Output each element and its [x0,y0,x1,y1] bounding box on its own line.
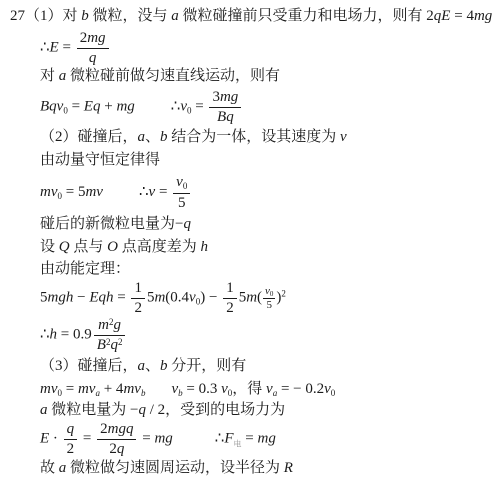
math-run: q [110,337,118,353]
math-run: 1 [134,280,142,296]
therefore-symbol: ∴ [40,39,50,55]
math-run: 1 [226,280,234,296]
solution-line-14: mv0 = mva + 4mvbvb = 0.3 v0，得 va = − 0.2… [40,380,335,399]
text-run: / 2，受到的电场力为 [146,402,285,418]
solution-line-15: a 微粒电量为 −q / 2，受到的电场力为 [40,401,285,420]
math-run: m [98,317,109,333]
fraction-numerator: 2mg [77,30,109,49]
math-run: q [67,421,75,437]
math-run: = [155,184,171,200]
math-run: Eqh [89,289,113,305]
math-run: · [49,430,62,446]
math-run: = − 0.2 [277,381,324,397]
text-run: 由动能定理： [40,261,130,277]
math-run: a [138,129,146,145]
math-run: v [266,381,273,397]
fraction-denominator: 2 [64,440,78,458]
text-run: 、 [145,358,160,374]
math-run: E [40,430,49,446]
solution-line-11: 5mgh − Eqh = 125m(0.4v0) − 125m(v05)2 [40,280,286,316]
math-run: 2 [226,300,234,316]
fraction: v05 [173,174,190,211]
math-run: mg [474,8,492,24]
math-run: 5 [178,195,186,211]
math-run: mv [123,381,141,397]
fraction-numerator: 1 [223,280,237,299]
math-run: mg [220,89,238,105]
math-run: a [40,402,48,418]
math-run: + [100,98,116,114]
fraction-denominator: B2q2 [94,336,126,354]
math-run: Eq [84,98,101,114]
fraction-denominator: Bq [209,108,241,126]
math-run: + 4 [100,381,123,397]
fraction: v05 [263,285,275,312]
math-run: Bq [217,109,234,125]
math-run: − [73,289,89,305]
fraction-numerator: v0 [173,174,190,194]
math-sub: 0 [270,290,274,298]
math-run: v [324,381,331,397]
text-run: 设 [40,239,59,255]
solution-line-5: （2）碰撞后，a、b 结合为一体，设其速度为 v [40,128,347,147]
math-run: q [117,441,125,457]
math-run: qE [434,8,451,24]
fraction: 2mgq [77,30,109,66]
math-run: R [284,460,293,476]
math-run: = [68,98,84,114]
fraction-denominator: 5 [263,299,275,311]
math-run: = [138,430,154,446]
fraction-numerator: m2g [94,317,126,336]
math-sub: b [141,388,146,398]
math-run: 5 [266,299,272,311]
text-run: 微粒电量为 [48,402,131,418]
math-run: = [113,289,129,305]
text-run: 对 [40,68,59,84]
math-run: 3 [212,89,220,105]
math-run: mgh [48,289,74,305]
therefore-symbol: ∴ [171,98,181,114]
math-run: v [221,381,228,397]
math-run: = [62,184,78,200]
solution-line-10: 由动能定理： [40,260,130,279]
math-run: mv [40,184,58,200]
fraction: 2mgq2q [97,421,136,457]
solution-line-9: 设 Q 点与 O 点高度差为 h [40,238,208,257]
math-run: mg [257,430,275,446]
solution-line-16: E · q2 = 2mgq2q = mg∴F电 = mg [40,421,276,457]
math-run: mv [40,381,58,397]
solution-line-1: 27（1）对 b 微粒，没与 a 微粒碰撞前只受重力和电场力，则有 2qE = … [10,7,492,26]
math-run: mgq [108,421,134,437]
text-run: 结合为一体，设其速度为 [168,129,341,145]
fraction: q2 [64,421,78,457]
text-run: 故 [40,460,59,476]
math-run: F [224,430,233,446]
math-run: 0.9 [73,326,92,342]
fraction: 12 [223,280,237,316]
math-run: h [200,239,208,255]
math-run: = [450,8,466,24]
math-run: 2 [134,300,142,316]
solution-line-2: ∴E = 2mgq [40,30,111,66]
math-run: 2 [426,8,434,24]
math-run: = [79,430,95,446]
math-run: mg [87,30,105,46]
text-run: 27（1）对 [10,8,81,24]
solution-line-13: （3）碰撞后，a、b 分开，则有 [40,357,246,376]
math-run: b [160,129,168,145]
math-run: Q [59,239,70,255]
therefore-symbol: ∴ [40,326,50,342]
text-run: 微粒，没与 [89,8,172,24]
math-run: mv [85,184,103,200]
fraction-denominator: 5 [173,194,190,212]
math-run: ( [257,289,262,305]
math-run: v [180,98,187,114]
text-run: 碰后的新微粒电量为 [40,216,175,232]
fraction: 12 [131,280,145,316]
math-run: 5 [40,289,48,305]
fraction-denominator: 2q [97,440,136,458]
math-run: E [50,39,59,55]
math-run: 4 [466,8,474,24]
text-run: 点高度差为 [118,239,201,255]
fraction-numerator: 2mgq [97,421,136,440]
math-run: a [171,8,179,24]
text-run: 分开，则有 [168,358,247,374]
solution-line-3: 对 a 微粒碰前做匀速直线运动，则有 [40,67,280,86]
math-sup: 2 [118,337,123,347]
math-run: 2 [67,441,75,457]
therefore-symbol: ∴ [139,184,149,200]
math-run: B [97,337,106,353]
math-run: mv [78,381,96,397]
fraction-numerator: v0 [263,285,275,300]
text-run: ，得 [232,381,266,397]
math-run: mg [116,98,134,114]
math-sub: 0 [183,181,188,191]
math-run: b [81,8,89,24]
text-run: 由动量守恒定律得 [40,152,160,168]
math-run: = [57,326,73,342]
math-run: v [189,289,196,305]
math-run: h [50,326,58,342]
math-run: = [242,430,258,446]
math-run: b [160,358,168,374]
math-run: Bqv [40,98,63,114]
math-run: q [89,50,97,66]
math-run: m [154,289,165,305]
text-run: 、 [145,129,160,145]
math-run: 2 [100,421,108,437]
solution-line-6: 由动量守恒定律得 [40,151,160,170]
solution-line-17: 故 a 微粒做匀速圆周运动，设半径为 R [40,459,293,478]
math-run: v [176,174,183,190]
math-run: = [192,98,208,114]
solution-line-7: mv0 = 5mv∴v = v05 [40,174,192,211]
math-run: q [138,402,146,418]
math-run: = 0.3 [183,381,221,397]
math-run: 2 [109,441,117,457]
fraction-numerator: 1 [131,280,145,299]
math-run: ) − [200,289,221,305]
math-run: O [107,239,118,255]
fraction: 3mgBq [209,89,241,125]
fraction-numerator: q [64,421,78,440]
fraction-denominator: q [77,49,109,67]
math-run: a [138,358,146,374]
fraction-denominator: 2 [223,299,237,317]
text-run: 点与 [70,239,108,255]
math-run: q [183,216,191,232]
text-run: （2）碰撞后， [40,129,138,145]
math-run: = [62,381,78,397]
text-run: （3）碰撞后， [40,358,138,374]
math-run: g [114,317,122,333]
text-run: 微粒碰前做匀速直线运动，则有 [66,68,280,84]
math-sub-cn: 电 [234,439,242,448]
solution-line-12: ∴h = 0.9m2gB2q2 [40,317,127,353]
math-run: m [246,289,257,305]
math-run: (0.4 [165,289,189,305]
math-run: = [59,39,75,55]
text-run: 微粒碰撞前只受重力和电场力，则有 [179,8,427,24]
fraction-numerator: 3mg [209,89,241,108]
math-run: mg [154,430,172,446]
math-run: v [340,129,347,145]
fraction-denominator: 2 [131,299,145,317]
math-sup: 2 [281,288,286,298]
physics-solution-document: { "doc": { "bg": "#ffffff", "ink": "#1b1… [0,0,499,483]
solution-line-4: Bqv0 = Eq + mg∴v0 = 3mgBq [40,89,243,125]
math-sub: 0 [331,388,336,398]
fraction: m2gB2q2 [94,317,126,353]
solution-line-8: 碰后的新微粒电量为−q [40,215,191,234]
text-run: 微粒做匀速圆周运动，设半径为 [66,460,284,476]
therefore-symbol: ∴ [215,430,225,446]
